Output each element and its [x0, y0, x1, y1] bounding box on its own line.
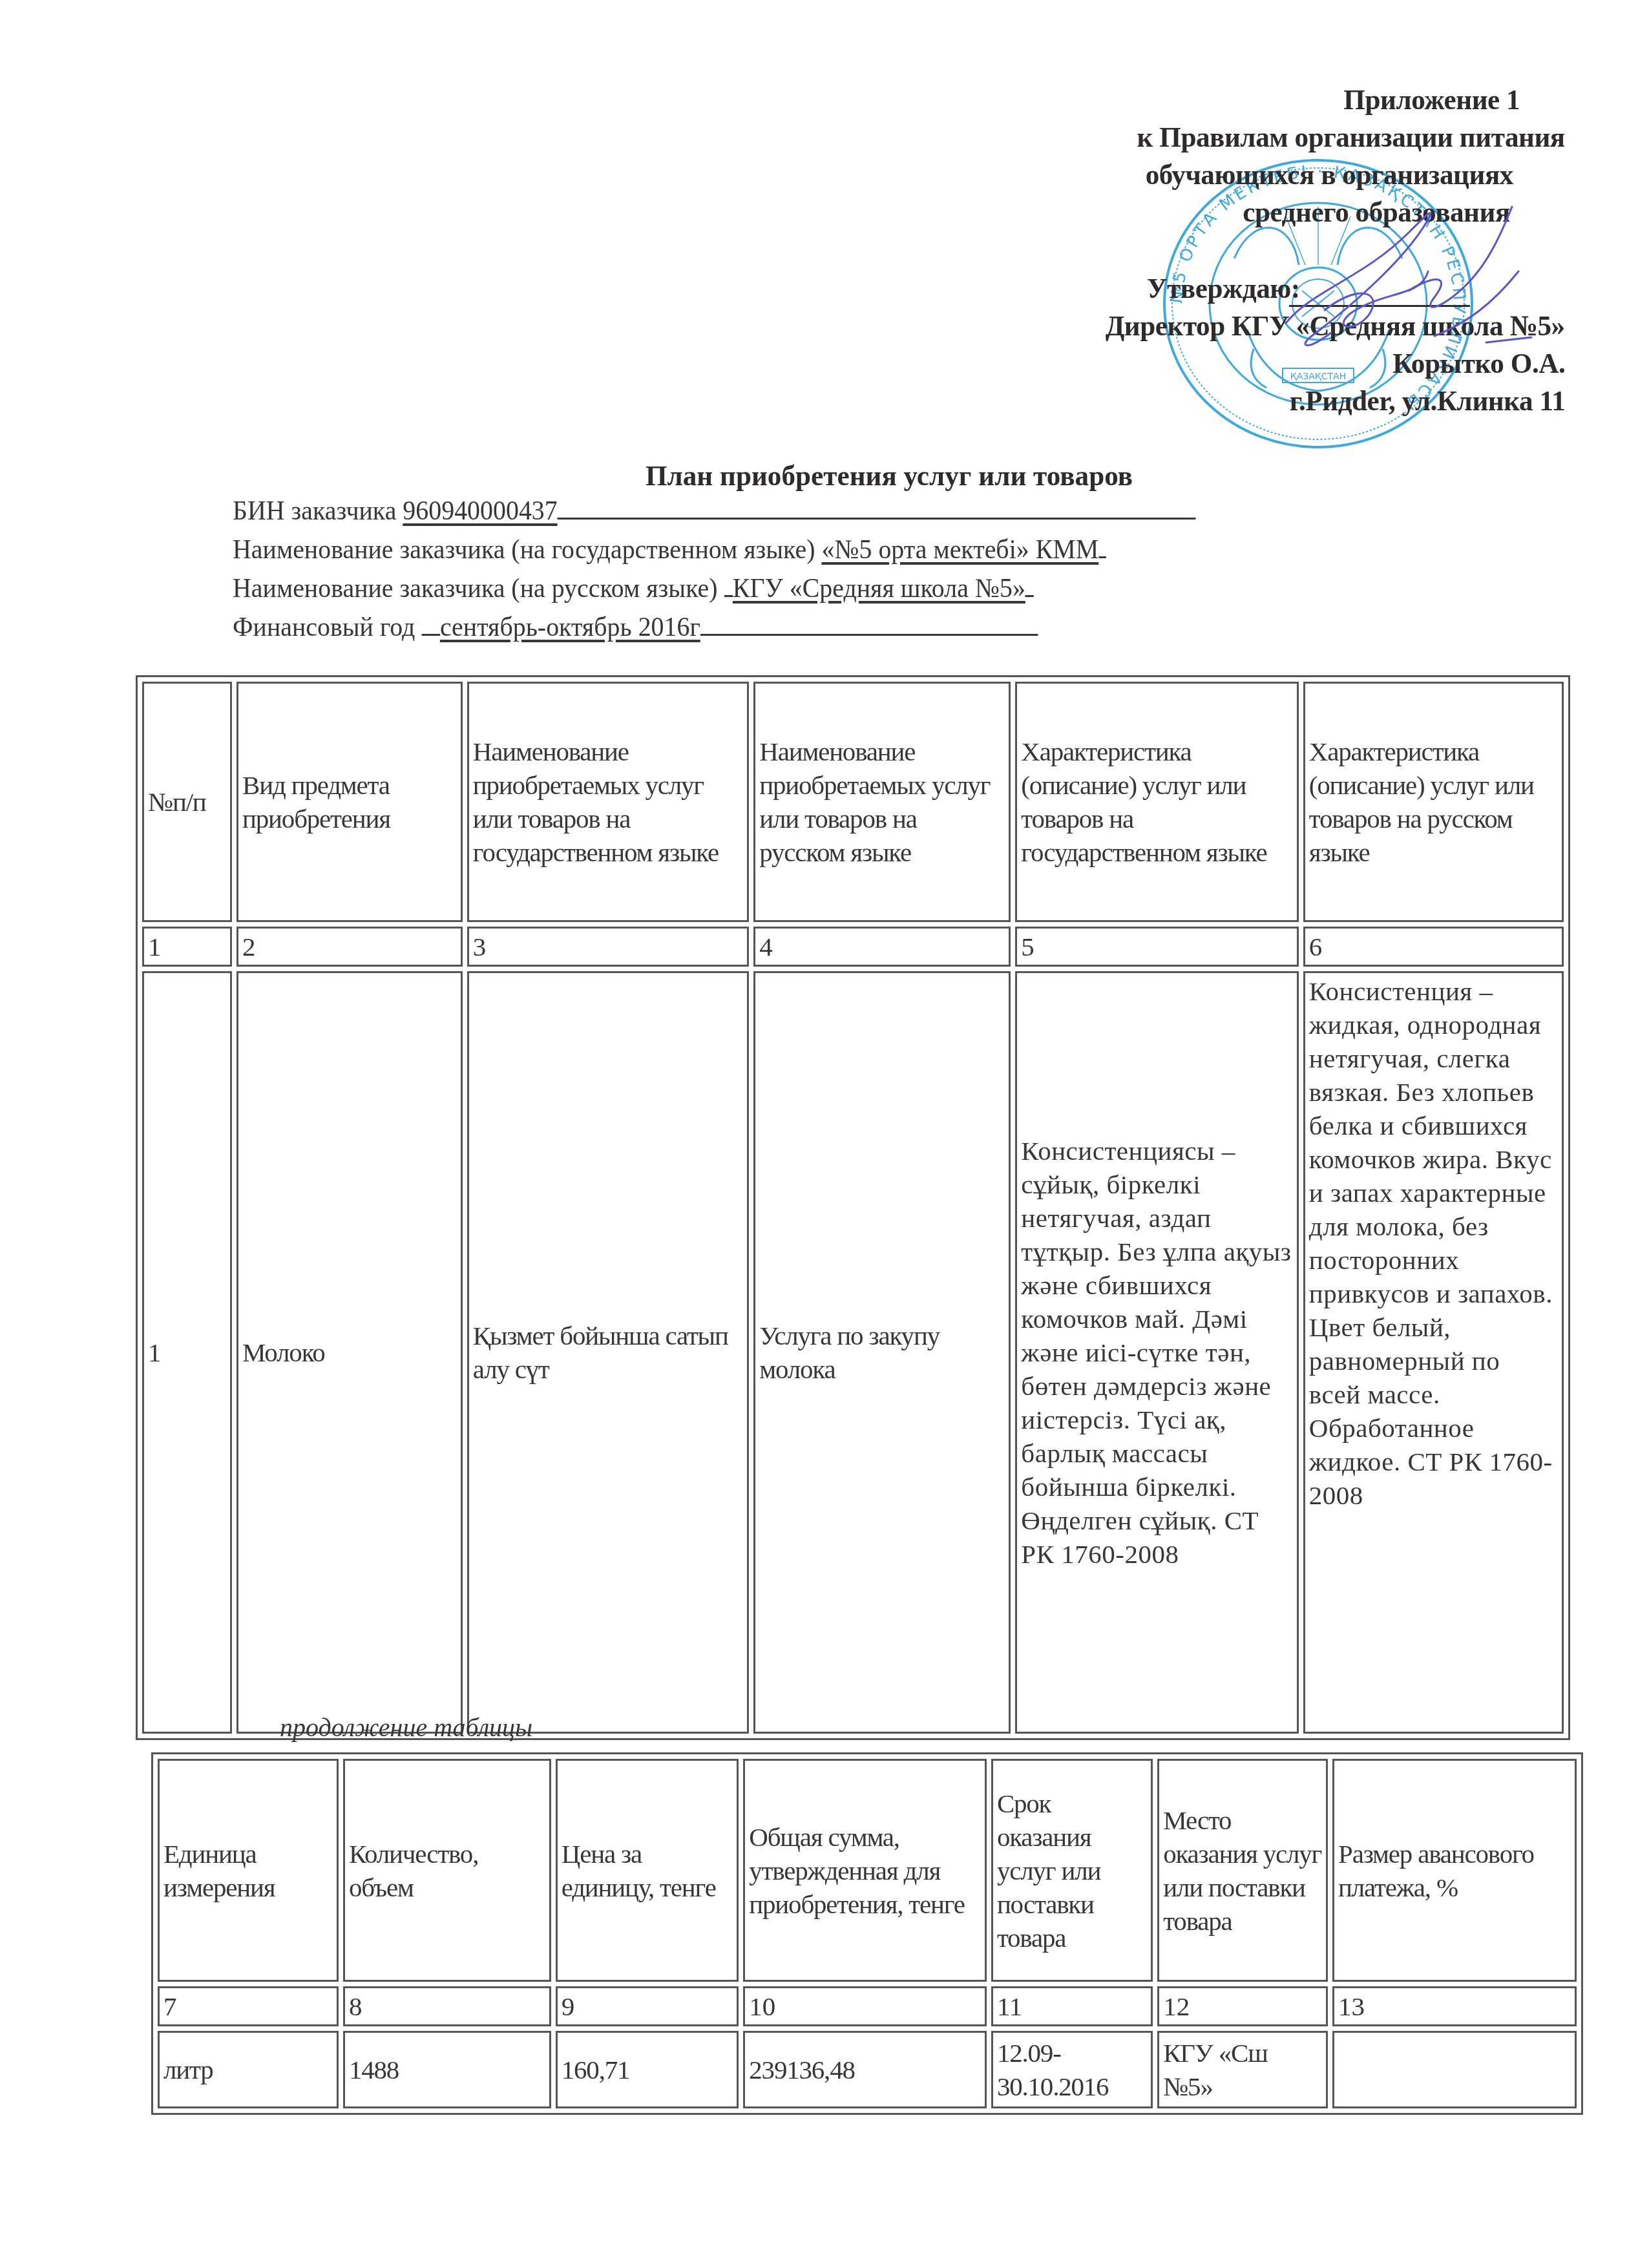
customer-name-kz-label: Наименование заказчика (на государственн… — [233, 535, 815, 565]
header-cell-desc-kz: Характеристика (описание) услуг или това… — [1015, 682, 1298, 922]
annex-title: Приложение 1 — [1343, 83, 1520, 116]
financial-year-label: Финансовый год — [233, 613, 415, 642]
header-cell-quantity: Количество, объем — [343, 1759, 551, 1982]
header-cell-place: Место оказания услуг или поставки товара — [1157, 1759, 1328, 1982]
customer-name-kz-value: «№5 орта мектебі» КММ — [821, 535, 1098, 565]
header-cell-unit: Единица измерения — [158, 1759, 339, 1982]
cell-period: 12.09-30.10.2016 — [991, 2031, 1153, 2108]
col-number: 10 — [743, 1986, 987, 2026]
cell-name-ru: Услуга по закупу молока — [753, 971, 1011, 1734]
cell-name-kz: Қызмет бойынша сатып алу сүт — [467, 971, 749, 1734]
col-number: 11 — [991, 1986, 1153, 2026]
cell-desc-kz: Консистенциясы – сұйық, біркелкі нетягуч… — [1015, 971, 1298, 1734]
header-cell-num: №п/п — [142, 682, 232, 922]
purchase-plan-table-continued: Единица измерения Количество, объем Цена… — [151, 1752, 1583, 2115]
table-row: литр 1488 160,71 239136,48 12.09-30.10.2… — [158, 2031, 1577, 2108]
col-number: 7 — [158, 1986, 339, 2026]
fill-line — [1025, 572, 1034, 597]
col-number: 8 — [343, 1986, 551, 2026]
annex-line-2: обучающихся в организациях — [1146, 158, 1513, 191]
fill-line — [724, 572, 733, 597]
header-cell-desc-ru: Характеристика (описание) услуг или това… — [1303, 682, 1564, 922]
column-number-row: 7 8 9 10 11 12 13 — [158, 1986, 1577, 2026]
col-number: 6 — [1303, 927, 1564, 967]
bin-field: БИН заказчика 960940000437 — [233, 494, 1196, 527]
col-number: 13 — [1332, 1986, 1577, 2026]
col-number: 4 — [753, 927, 1011, 967]
header-cell-period: Срок оказания услуг или поставки товара — [991, 1759, 1153, 1982]
bin-label: БИН заказчика — [233, 496, 396, 526]
continuation-note: продолжение таблицы — [280, 1712, 532, 1743]
customer-name-kz-field: Наименование заказчика (на государственн… — [233, 533, 1106, 565]
cell-quantity: 1488 — [343, 2031, 551, 2108]
customer-name-ru-value: КГУ «Средняя школа №5» — [733, 574, 1025, 604]
customer-name-ru-field: Наименование заказчика (на русском языке… — [233, 572, 1034, 604]
fill-line — [421, 611, 440, 636]
cell-unit-price: 160,71 — [556, 2031, 739, 2108]
col-number: 12 — [1157, 1986, 1328, 2026]
cell-num: 1 — [142, 971, 232, 1734]
cell-advance — [1332, 2031, 1577, 2108]
header-cell-total: Общая сумма, утвержденная для приобретен… — [743, 1759, 987, 1982]
col-number: 2 — [236, 927, 463, 967]
header-cell-subject-type: Вид предмета приобретения — [236, 682, 463, 922]
bin-fill-line — [558, 494, 1196, 520]
financial-year-value: сентябрь-октябрь 2016г — [440, 613, 700, 642]
financial-year-field: Финансовый год сентябрь-октябрь 2016г — [233, 611, 1038, 643]
cell-unit: литр — [158, 2031, 339, 2108]
cell-subject-type: Молоко — [236, 971, 463, 1734]
header-cell-advance: Размер авансового платежа, % — [1332, 1759, 1577, 1982]
cell-total: 239136,48 — [743, 2031, 987, 2108]
col-number: 9 — [556, 1986, 739, 2026]
address: г.Ридder, ул.Клинка 11 — [1290, 384, 1565, 417]
col-number: 1 — [142, 927, 232, 967]
header-cell-unit-price: Цена за единицу, тенге — [556, 1759, 739, 1982]
bin-value: 960940000437 — [403, 496, 557, 526]
table-row: 1 Молоко Қызмет бойынша сатып алу сүт Ус… — [142, 971, 1564, 1734]
customer-name-ru-label: Наименование заказчика (на русском языке… — [233, 574, 718, 604]
fill-line — [1098, 533, 1106, 558]
cell-desc-ru: Консистенция – жидкая, однородная нетягу… — [1303, 971, 1564, 1734]
col-number: 3 — [467, 927, 749, 967]
cell-place: КГУ «Сш №5» — [1157, 2031, 1328, 2108]
column-number-row: 1 2 3 4 5 6 — [142, 927, 1564, 967]
header-cell-name-kz: Наименование приобретаемых услуг или тов… — [467, 682, 749, 922]
col-number: 5 — [1015, 927, 1298, 967]
page-title: План приобретения услуг или товаров — [98, 459, 1649, 492]
fill-line — [700, 611, 1038, 636]
header-cell-name-ru: Наименование приобретаемых услуг или тов… — [753, 682, 1011, 922]
table-header-row: №п/п Вид предмета приобретения Наименова… — [142, 682, 1564, 922]
signature-icon — [1273, 194, 1544, 388]
annex-line-1: к Правилам организации питания — [1137, 120, 1565, 154]
table-header-row: Единица измерения Количество, объем Цена… — [158, 1759, 1577, 1982]
purchase-plan-table: №п/п Вид предмета приобретения Наименова… — [136, 675, 1570, 1740]
